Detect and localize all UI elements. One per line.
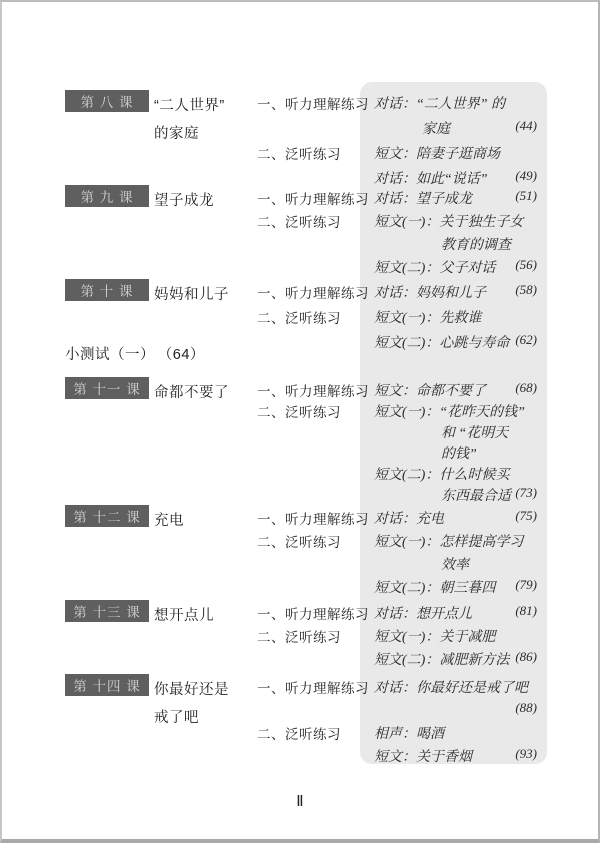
lesson-title-line: 戒了吧: [154, 704, 259, 732]
lesson-number-badge: 第 八 课: [65, 90, 149, 112]
lesson-number-badge: 第 十四 课: [65, 674, 149, 696]
content-line-text: 短文：命都不要了: [374, 380, 486, 400]
content-page-number: (81): [515, 603, 537, 619]
content-lines: 对话：想开点儿(81)短文(一)：关于减肥短文(二)：减肥新方法(86): [360, 603, 547, 672]
exercise-item: 一、听力理解练习: [257, 188, 369, 208]
content-line: 短文(二)：父子对话(56): [360, 257, 547, 280]
content-line-text: 家庭: [374, 118, 450, 138]
content-line-text: 和 “花明天: [374, 422, 508, 442]
lesson-title: “二人世界”的家庭: [154, 92, 259, 148]
exercise-item: 一、听力理解练习: [257, 380, 369, 400]
content-page-number: (56): [515, 257, 537, 273]
content-line-text: 短文(一)：关于减肥: [374, 626, 495, 646]
content-line: 短文(一)：关于独生子女: [360, 211, 547, 234]
content-line-text: 效率: [374, 554, 469, 574]
lesson-title-line: 命都不要了: [154, 379, 259, 407]
content-page-number: (51): [515, 188, 537, 204]
lesson-title-line: 你最好还是: [154, 676, 259, 704]
page-number: Ⅱ: [2, 792, 598, 811]
content-line: 短文(一)：关于减肥: [360, 626, 547, 649]
lesson-title: 望子成龙: [154, 187, 259, 215]
lesson-number-badge: 第 十 课: [65, 279, 149, 301]
content-page-number: (73): [515, 485, 537, 501]
content-line-text: 教育的调查: [374, 234, 511, 254]
content-line-text: 对话：“二人世界” 的: [374, 93, 505, 113]
content-line: 短文(二)：朝三暮四(79): [360, 577, 547, 600]
exercise-item: 一、听力理解练习: [257, 93, 369, 113]
exercise-item: 二、泛听练习: [257, 143, 341, 163]
content-line: 对话：“二人世界” 的: [360, 93, 547, 118]
exercise-item: 二、泛听练习: [257, 401, 341, 421]
content-line: 对话：望子成龙(51): [360, 188, 547, 211]
content-page-number: (79): [515, 577, 537, 593]
content-page-number: (49): [515, 168, 537, 184]
content-line: 家庭(44): [360, 118, 547, 143]
exercise-item: 一、听力理解练习: [257, 603, 369, 623]
lesson-title: 你最好还是戒了吧: [154, 676, 259, 732]
content-line-text: 短文：陪妻子逛商场: [374, 143, 500, 163]
lesson-title-line: 的家庭: [154, 120, 259, 148]
content-line: 对话：妈妈和儿子(58): [360, 282, 547, 307]
content-lines: 对话：望子成龙(51)短文(一)：关于独生子女教育的调查短文(二)：父子对话(5…: [360, 188, 547, 280]
content-lines: 对话：妈妈和儿子(58)短文(一)：先救谁短文(二)：心跳与寿命(62): [360, 282, 547, 357]
content-page-number: (75): [515, 508, 537, 524]
book-toc-page: 第 八 课“二人世界”的家庭一、听力理解练习二、泛听练习对话：“二人世界” 的家…: [0, 0, 600, 843]
content-line: 教育的调查: [360, 234, 547, 257]
content-line: 短文(一)：怎样提高学习: [360, 531, 547, 554]
content-line: 短文(一)：“花昨天的钱”: [360, 401, 547, 422]
content-line-text: 东西最合适: [374, 485, 511, 505]
exercise-item: 一、听力理解练习: [257, 508, 369, 528]
content-line-text: 短文：关于香烟: [374, 746, 472, 766]
lesson-title-line: “二人世界”: [154, 92, 259, 120]
content-line: 短文(二)：减肥新方法(86): [360, 649, 547, 672]
content-line: 短文：陪妻子逛商场: [360, 143, 547, 168]
exercise-item: 二、泛听练习: [257, 531, 341, 551]
content-line-text: 短文(二)：心跳与寿命: [374, 332, 509, 352]
exercise-item: 一、听力理解练习: [257, 282, 369, 302]
content-line: 东西最合适(73): [360, 485, 547, 506]
content-line: 对话：你最好还是戒了吧: [360, 677, 547, 700]
content-line-text: 短文(一)：“花昨天的钱”: [374, 401, 525, 421]
content-line-text: 短文(二)：什么时候买: [374, 464, 509, 484]
quiz-label: 小测试（一）: [65, 347, 155, 363]
content-line: 对话：想开点儿(81): [360, 603, 547, 626]
content-page-number: (68): [515, 380, 537, 396]
lesson-number-badge: 第 九 课: [65, 185, 149, 207]
lesson-title-line: 望子成龙: [154, 187, 259, 215]
exercise-item: 二、泛听练习: [257, 307, 341, 327]
content-lines: 对话：“二人世界” 的家庭(44)短文：陪妻子逛商场对话：如此“说话”(49): [360, 93, 547, 193]
content-line-text: 对话：如此“说话”: [374, 168, 488, 188]
content-line: 相声：喝酒: [360, 723, 547, 746]
exercise-item: 二、泛听练习: [257, 626, 341, 646]
exercise-item: 一、听力理解练习: [257, 677, 369, 697]
content-page-number: (62): [515, 332, 537, 348]
content-line: 和 “花明天: [360, 422, 547, 443]
content-page-number: (88): [515, 700, 537, 716]
lesson-number-badge: 第 十三 课: [65, 600, 149, 622]
content-line-text: 对话：望子成龙: [374, 188, 472, 208]
content-line: 短文(二)：心跳与寿命(62): [360, 332, 547, 357]
content-line-text: 相声：喝酒: [374, 723, 444, 743]
lesson-title: 妈妈和儿子: [154, 281, 259, 309]
content-page-number: (86): [515, 649, 537, 665]
content-line-text: 对话：想开点儿: [374, 603, 472, 623]
content-line-text: 对话：妈妈和儿子: [374, 282, 486, 302]
lesson-title-line: 充电: [154, 507, 259, 535]
lesson-title: 想开点儿: [154, 602, 259, 630]
content-page-number: (44): [515, 118, 537, 134]
lesson-title-line: 妈妈和儿子: [154, 281, 259, 309]
content-line-text: 短文(一)：关于独生子女: [374, 211, 523, 231]
content-line: 短文(二)：什么时候买: [360, 464, 547, 485]
exercise-item: 二、泛听练习: [257, 211, 341, 231]
content-line-text: 对话：你最好还是戒了吧: [374, 677, 528, 697]
content-line-text: 短文(二)：朝三暮四: [374, 577, 495, 597]
content-line: 短文：关于香烟(93): [360, 746, 547, 769]
content-line-text: 短文(二)：父子对话: [374, 257, 495, 277]
content-line: 的钱”: [360, 443, 547, 464]
content-line-text: 对话：充电: [374, 508, 444, 528]
lesson-title: 命都不要了: [154, 379, 259, 407]
quiz-entry: 小测试（一）（64）: [65, 343, 205, 364]
lesson-number-badge: 第 十一 课: [65, 377, 149, 399]
content-lines: 对话：你最好还是戒了吧(88)相声：喝酒短文：关于香烟(93): [360, 677, 547, 769]
content-lines: 短文：命都不要了(68)短文(一)：“花昨天的钱”和 “花明天的钱”短文(二)：…: [360, 380, 547, 506]
content-lines: 对话：充电(75)短文(一)：怎样提高学习效率短文(二)：朝三暮四(79): [360, 508, 547, 600]
content-line-text: 短文(二)：减肥新方法: [374, 649, 509, 669]
content-line: 效率: [360, 554, 547, 577]
content-line: 对话：充电(75): [360, 508, 547, 531]
content-line-text: 的钱”: [374, 443, 477, 463]
lesson-title-line: 想开点儿: [154, 602, 259, 630]
exercise-item: 二、泛听练习: [257, 723, 341, 743]
content-page-number: (93): [515, 746, 537, 762]
lesson-number-badge: 第 十二 课: [65, 505, 149, 527]
lesson-title: 充电: [154, 507, 259, 535]
content-line: 短文(一)：先救谁: [360, 307, 547, 332]
content-line-text: 短文(一)：怎样提高学习: [374, 531, 523, 551]
content-line: (88): [360, 700, 547, 723]
content-line: 短文：命都不要了(68): [360, 380, 547, 401]
content-page-number: (58): [515, 282, 537, 298]
content-line-text: 短文(一)：先救谁: [374, 307, 481, 327]
quiz-page-number: （64）: [165, 347, 205, 363]
